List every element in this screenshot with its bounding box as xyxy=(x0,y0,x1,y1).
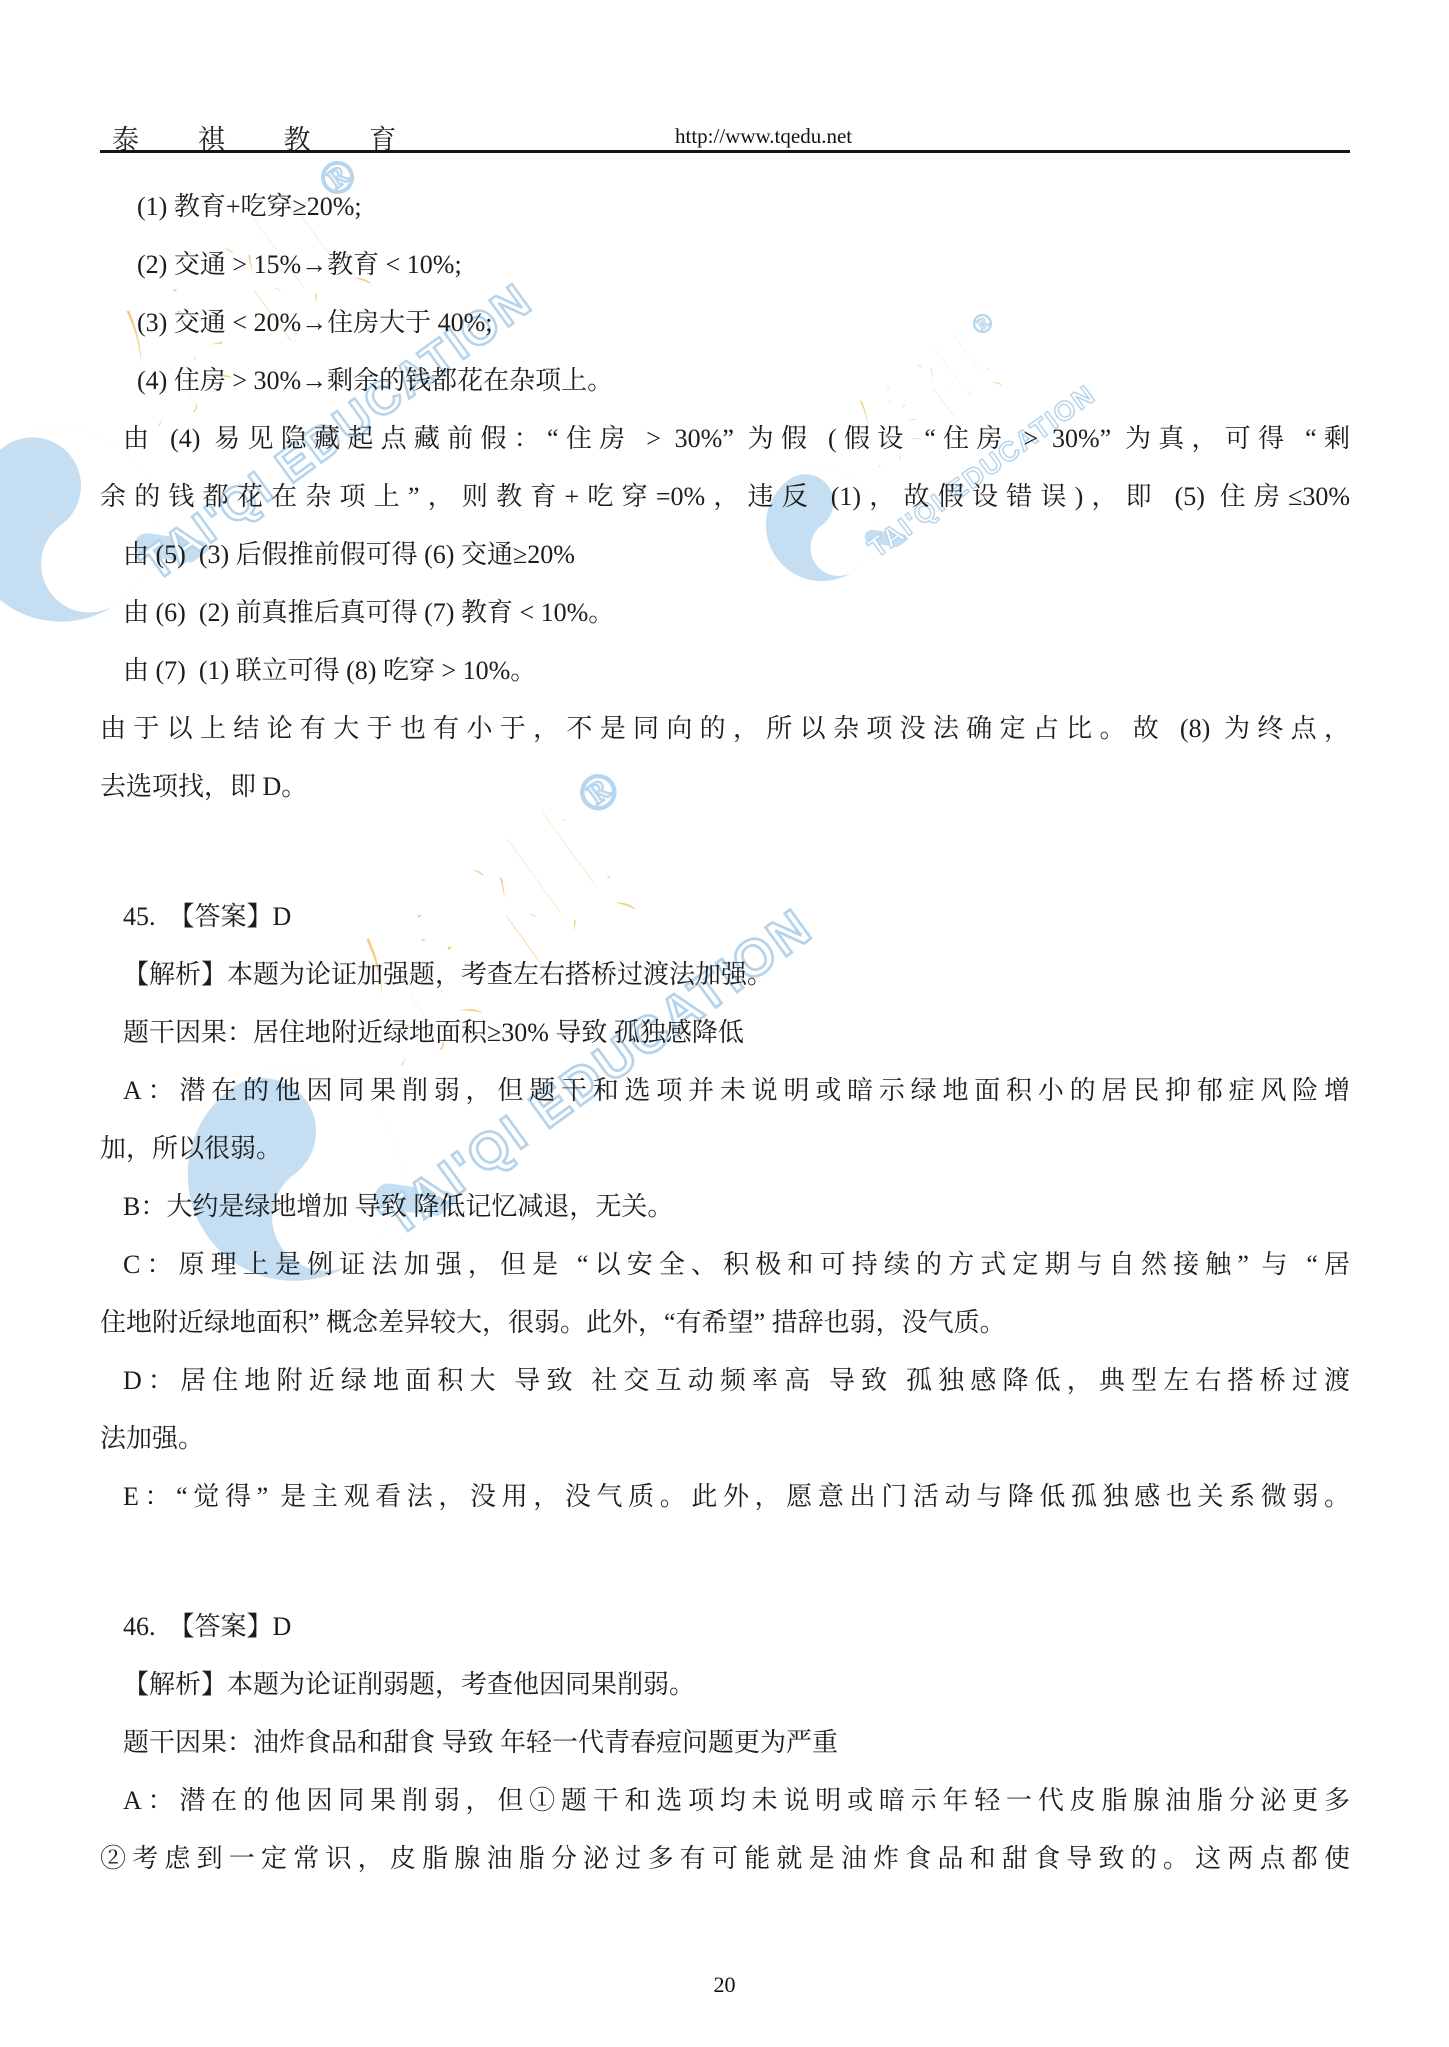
text-line: A：潜在的他因同果削弱，但题干和选项并未说明或暗示绿地面积小的居民抑郁症风险增 xyxy=(100,1062,1350,1120)
text-line: A：潜在的他因同果削弱，但①题干和选项均未说明或暗示年轻一代皮脂腺油脂分泌更多 xyxy=(100,1772,1350,1830)
text-line: 由 (5) (3) 后假推前假可得 (6) 交通≥20% xyxy=(100,526,1350,584)
text-line: (2) 交通 > 15%→教育 < 10%; xyxy=(100,236,1350,294)
text-line: 由于以上结论有大于也有小于，不是同向的，所以杂项没法确定占比。故 (8) 为终点… xyxy=(100,700,1350,758)
site-url: http://www.tqedu.net xyxy=(675,124,852,149)
text-line: 去选项找，即 D。 xyxy=(100,758,1350,816)
text-line: 住地附近绿地面积” 概念差异较大，很弱。此外，“有希望” 措辞也弱，没气质。 xyxy=(100,1294,1350,1352)
text-line: (1) 教育+吃穿≥20%; xyxy=(100,178,1350,236)
document-page: { "header": { "brand": "泰 祺 教 育", "url":… xyxy=(0,0,1449,2047)
text-line: (3) 交通 < 20%→住房大于 40%; xyxy=(100,294,1350,352)
page-number: 20 xyxy=(714,1972,736,1997)
text-line: ②考虑到一定常识，皮脂腺油脂分泌过多有可能就是油炸食品和甜食导致的。这两点都使 xyxy=(100,1830,1350,1888)
text-line: 题干因果：油炸食品和甜食 导致 年轻一代青春痘问题更为严重 xyxy=(100,1714,1350,1772)
text-line: C：原理上是例证法加强，但是 “以安全、积极和可持续的方式定期与自然接触” 与 … xyxy=(100,1236,1350,1294)
text-line: 加，所以很弱。 xyxy=(100,1120,1350,1178)
text-line: 【解析】本题为论证加强题，考查左右搭桥过渡法加强。 xyxy=(100,946,1350,1004)
text-line: 【解析】本题为论证削弱题，考查他因同果削弱。 xyxy=(100,1656,1350,1714)
text-line: 由 (7) (1) 联立可得 (8) 吃穿 > 10%。 xyxy=(100,642,1350,700)
text-line: 由 (4) 易见隐藏起点藏前假：“住房 > 30%” 为假 (假设 “住房 > … xyxy=(100,410,1350,468)
text-line: 题干因果：居住地附近绿地面积≥30% 导致 孤独感降低 xyxy=(100,1004,1350,1062)
page-footer: 20 xyxy=(0,1972,1449,1998)
text-line: D：居住地附近绿地面积大 导致 社交互动频率高 导致 孤独感降低，典型左右搭桥过… xyxy=(100,1352,1350,1410)
header-divider xyxy=(100,150,1350,153)
text-line: 46. 【答案】D xyxy=(100,1598,1350,1656)
text-line: 法加强。 xyxy=(100,1410,1350,1468)
text-line: (4) 住房 > 30%→剩余的钱都花在杂项上。 xyxy=(100,352,1350,410)
text-line: 由 (6) (2) 前真推后真可得 (7) 教育 < 10%。 xyxy=(100,584,1350,642)
text-line: B：大约是绿地增加 导致 降低记忆减退，无关。 xyxy=(100,1178,1350,1236)
page-header: 泰 祺 教 育 http://www.tqedu.net xyxy=(100,118,1350,154)
text-line: 余的钱都花在杂项上”，则教育+吃穿=0%，违反 (1)，故假设错误)，即 (5)… xyxy=(100,468,1350,526)
text-line: 45. 【答案】D xyxy=(100,888,1350,946)
content-lines: (1) 教育+吃穿≥20%;(2) 交通 > 15%→教育 < 10%;(3) … xyxy=(100,178,1350,1888)
text-line: E：“觉得” 是主观看法，没用，没气质。此外，愿意出门活动与降低孤独感也关系微弱… xyxy=(100,1468,1350,1526)
